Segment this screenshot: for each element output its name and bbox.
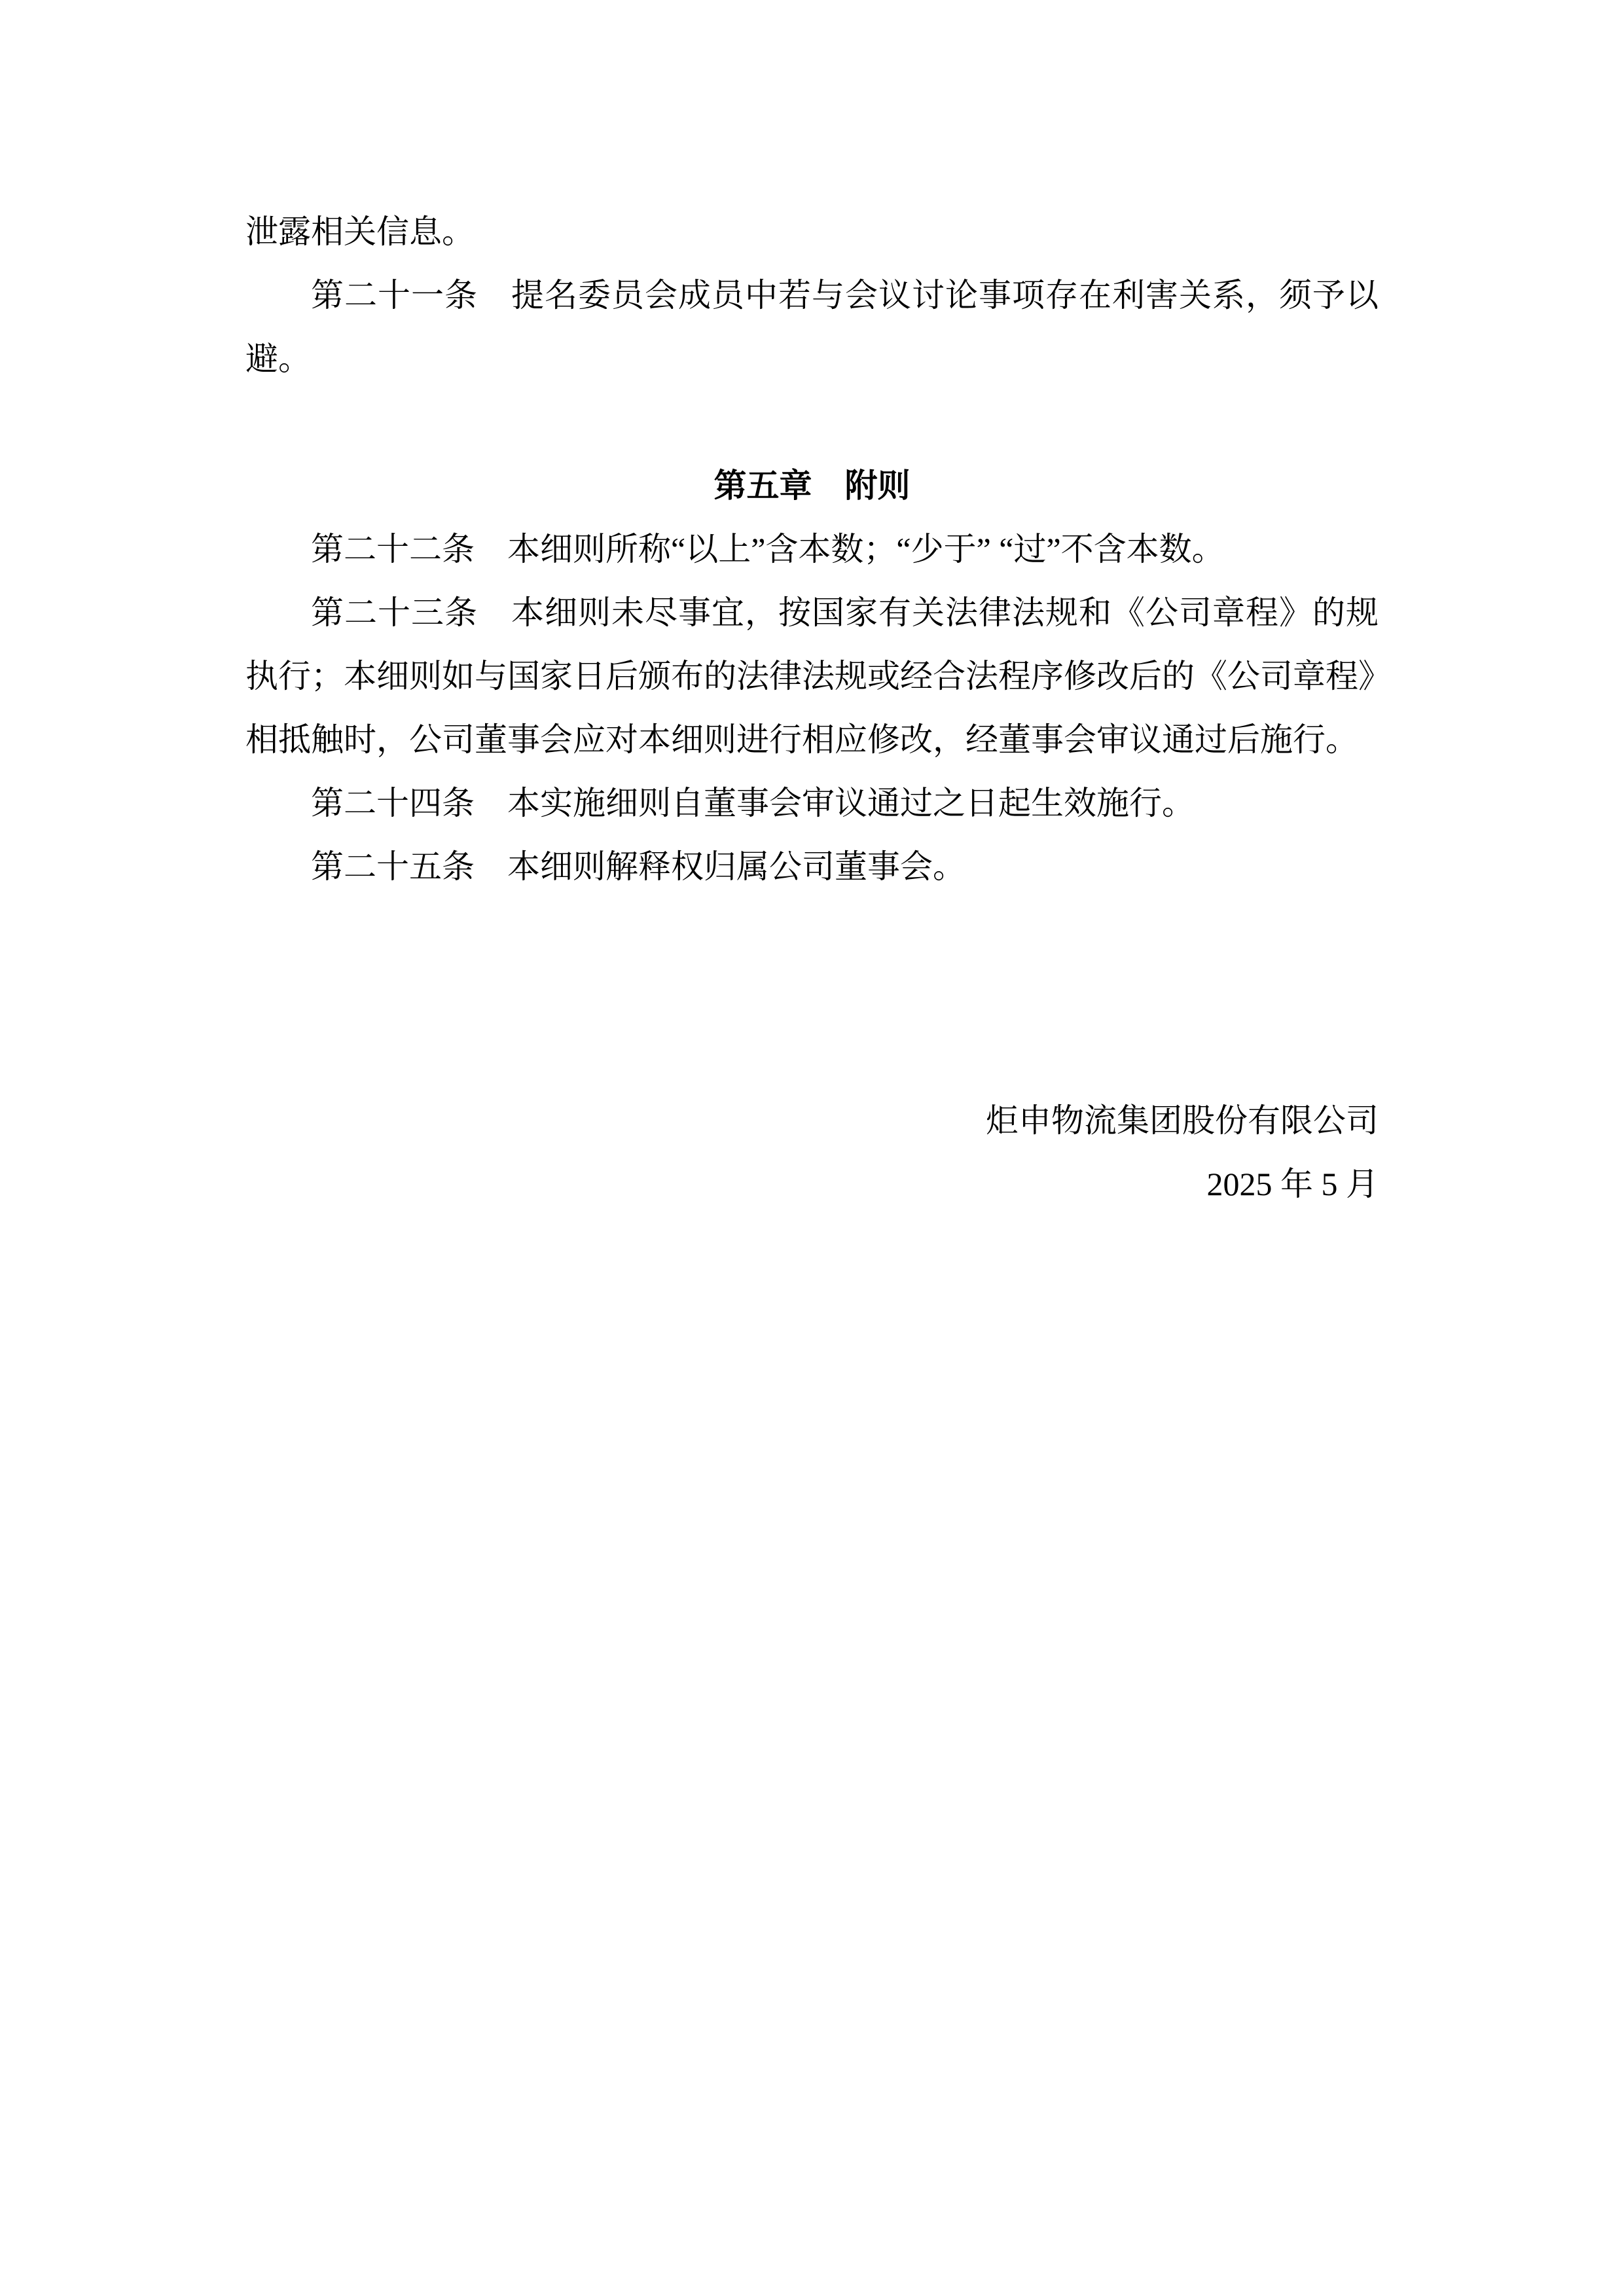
article-23-line-2: 执行；本细则如与国家日后颁布的法律法规或经合法程序修改后的《公司章程》: [245, 645, 1379, 708]
article-23-line-1: 第二十三条 本细则未尽事宜，按国家有关法律法规和《公司章程》的规定: [245, 581, 1379, 645]
paragraph-continuation-line: 泄露相关信息。: [245, 200, 1379, 264]
article-22-line: 第二十二条 本细则所称“以上”含本数；“少于” “过”不含本数。: [245, 518, 1379, 581]
document-page: 泄露相关信息。 第二十一条 提名委员会成员中若与会议讨论事项存在利害关系，须予以…: [0, 0, 1624, 2296]
company-name: 炬申物流集团股份有限公司: [245, 1089, 1379, 1153]
chapter-5-heading: 第五章 附则: [245, 454, 1379, 518]
article-21-line-2: 避。: [245, 327, 1379, 391]
article-21-line-1: 第二十一条 提名委员会成员中若与会议讨论事项存在利害关系，须予以回: [245, 264, 1379, 327]
article-23-line-3: 相抵触时，公司董事会应对本细则进行相应修改，经董事会审议通过后施行。: [245, 708, 1379, 772]
signature-block: 炬申物流集团股份有限公司 2025 年 5 月: [245, 1089, 1379, 1216]
date-line: 2025 年 5 月: [245, 1153, 1379, 1216]
blank-line: [245, 391, 1379, 454]
article-24-line: 第二十四条 本实施细则自董事会审议通过之日起生效施行。: [245, 772, 1379, 835]
article-25-line: 第二十五条 本细则解释权归属公司董事会。: [245, 835, 1379, 899]
